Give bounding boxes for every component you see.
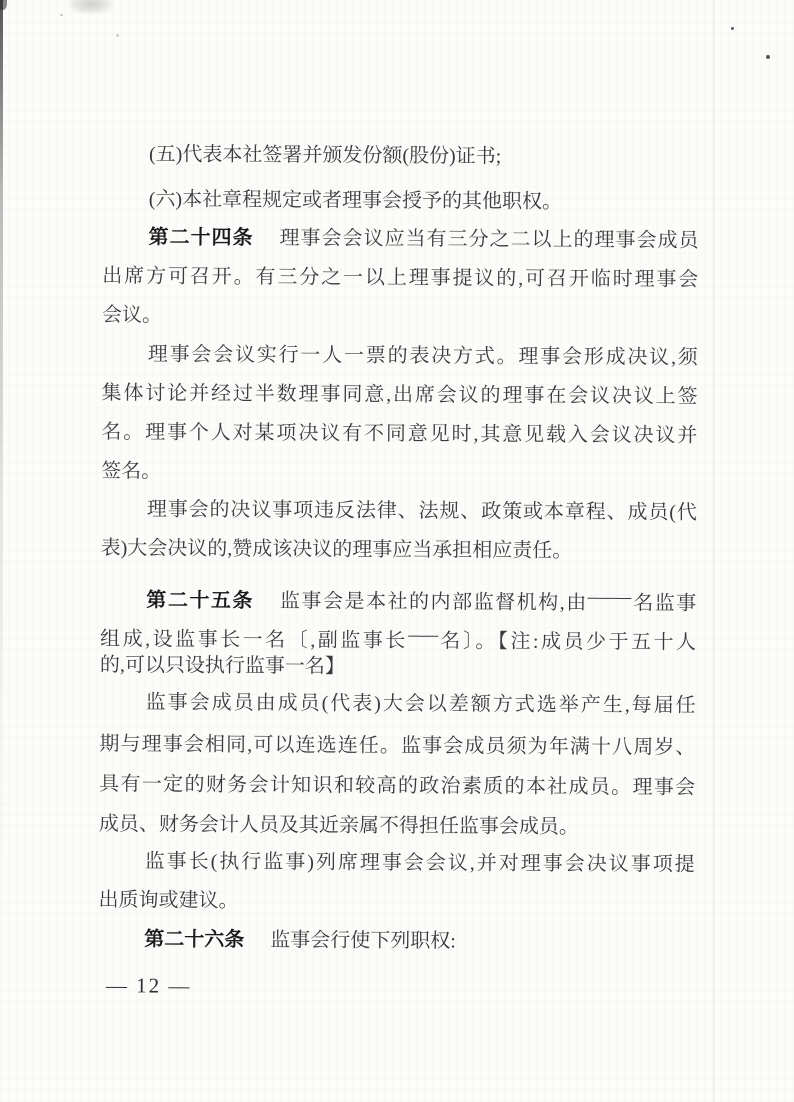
paragraph-line: 理事会会议实行一人一票的表决方式。理事会形成决议,须 xyxy=(102,335,698,377)
paragraph-line: 期与理事会相同,可以连选连任。监事会成员须为年满十八周岁、 xyxy=(99,725,695,767)
list-item-6: (六)本社章程规定或者理事会授予的其他职权。 xyxy=(103,180,699,222)
line-text: 会议。 xyxy=(102,304,162,326)
fill-in-blank: ________ xyxy=(408,609,438,647)
paragraph-line: 出质询或建议。 xyxy=(98,881,694,923)
line-text: 理事会会议实行一人一票的表决方式。理事会形成决议,须 xyxy=(148,343,698,368)
line-text: 签名。 xyxy=(101,460,161,482)
line-text: 监事会行使下列职权: xyxy=(270,929,456,952)
paragraph-line: 名。理事个人对某项决议有不同意见时,其意见载入会议决议并 xyxy=(101,413,697,455)
page-number: — 12 — xyxy=(106,966,192,1005)
line-text: 集体讨论并经过半数理事同意,出席会议的理事在会议决议上签 xyxy=(102,382,698,408)
paragraph-line: 的,可以只设执行监事一名】 xyxy=(100,646,696,688)
paragraph-line: 会议。 xyxy=(102,296,698,338)
fill-in-blank: ________ xyxy=(588,571,632,609)
page-content: (五)代表本社签署并颁发份额(股份)证书; (六)本社章程规定或者理事会授予的其… xyxy=(0,0,794,1102)
article-26-line: 第二十六条监事会行使下列职权: xyxy=(98,920,694,962)
paragraph-line: 理事会的决议事项违反法律、法规、政策或本章程、成员(代 xyxy=(101,490,697,532)
paragraph-line: 签名。 xyxy=(101,452,697,494)
article-number: 第二十六条 xyxy=(144,928,244,951)
line-text: 的,可以只设执行监事一名】 xyxy=(100,654,345,677)
paragraph-line: 监事长(执行监事)列席理事会会议,并对理事会决议事项提 xyxy=(99,842,695,884)
paragraph-line: 集体讨论并经过半数理事同意,出席会议的理事在会议决议上签 xyxy=(101,374,697,416)
line-text: 期与理事会相同,可以连选连任。监事会成员须为年满十八周岁、 xyxy=(99,733,695,759)
paragraph-line: 出席方可召开。有三分之一以上理事提议的,可召开临时理事会 xyxy=(102,257,698,299)
line-text: 理事会的决议事项违反法律、法规、政策或本章程、成员(代 xyxy=(147,498,697,523)
paragraph-line: 具有一定的财务会计知识和较高的政治素质的本社成员。理事会 xyxy=(99,765,695,807)
line-text: 具有一定的财务会计知识和较高的政治素质的本社成员。理事会 xyxy=(99,773,695,799)
list-item-5: (五)代表本社签署并颁发份额(股份)证书; xyxy=(103,135,699,177)
line-text: 监事长(执行监事)列席理事会会议,并对理事会决议事项提 xyxy=(145,850,695,875)
article-24-line: 第二十四条理事会会议应当有三分之二以上的理事会成员 xyxy=(102,218,698,260)
line-text: 成员、财务会计人员及其近亲属不得担任监事会成员。 xyxy=(99,813,579,838)
line-text: 理事会会议应当有三分之二以上的理事会成员 xyxy=(279,227,698,252)
scanned-document-page: (五)代表本社签署并颁发份额(股份)证书; (六)本社章程规定或者理事会授予的其… xyxy=(0,0,794,1102)
line-text: 表)大会决议的,赞成该决议的理事应当承担相应责任。 xyxy=(101,537,573,562)
paragraph-line: 表)大会决议的,赞成该决议的理事应当承担相应责任。 xyxy=(101,529,697,571)
line-text: 监事会成员由成员(代表)大会以差额方式选举产生,每届任 xyxy=(146,691,696,716)
line-text: (六)本社章程规定或者理事会授予的其他职权。 xyxy=(149,188,562,213)
paragraph-line: 成员、财务会计人员及其近亲属不得担任监事会成员。 xyxy=(99,805,695,847)
line-text: 出席方可召开。有三分之一以上理事提议的,可召开临时理事会 xyxy=(102,265,698,291)
line-text: (五)代表本社签署并颁发份额(股份)证书; xyxy=(149,143,501,167)
article-number: 第二十四条 xyxy=(148,226,253,249)
paragraph-line: 监事会成员由成员(代表)大会以差额方式选举产生,每届任 xyxy=(100,683,696,725)
line-text: 出质询或建议。 xyxy=(98,889,238,912)
line-text: 名。理事个人对某项决议有不同意见时,其意见载入会议决议并 xyxy=(101,421,697,447)
